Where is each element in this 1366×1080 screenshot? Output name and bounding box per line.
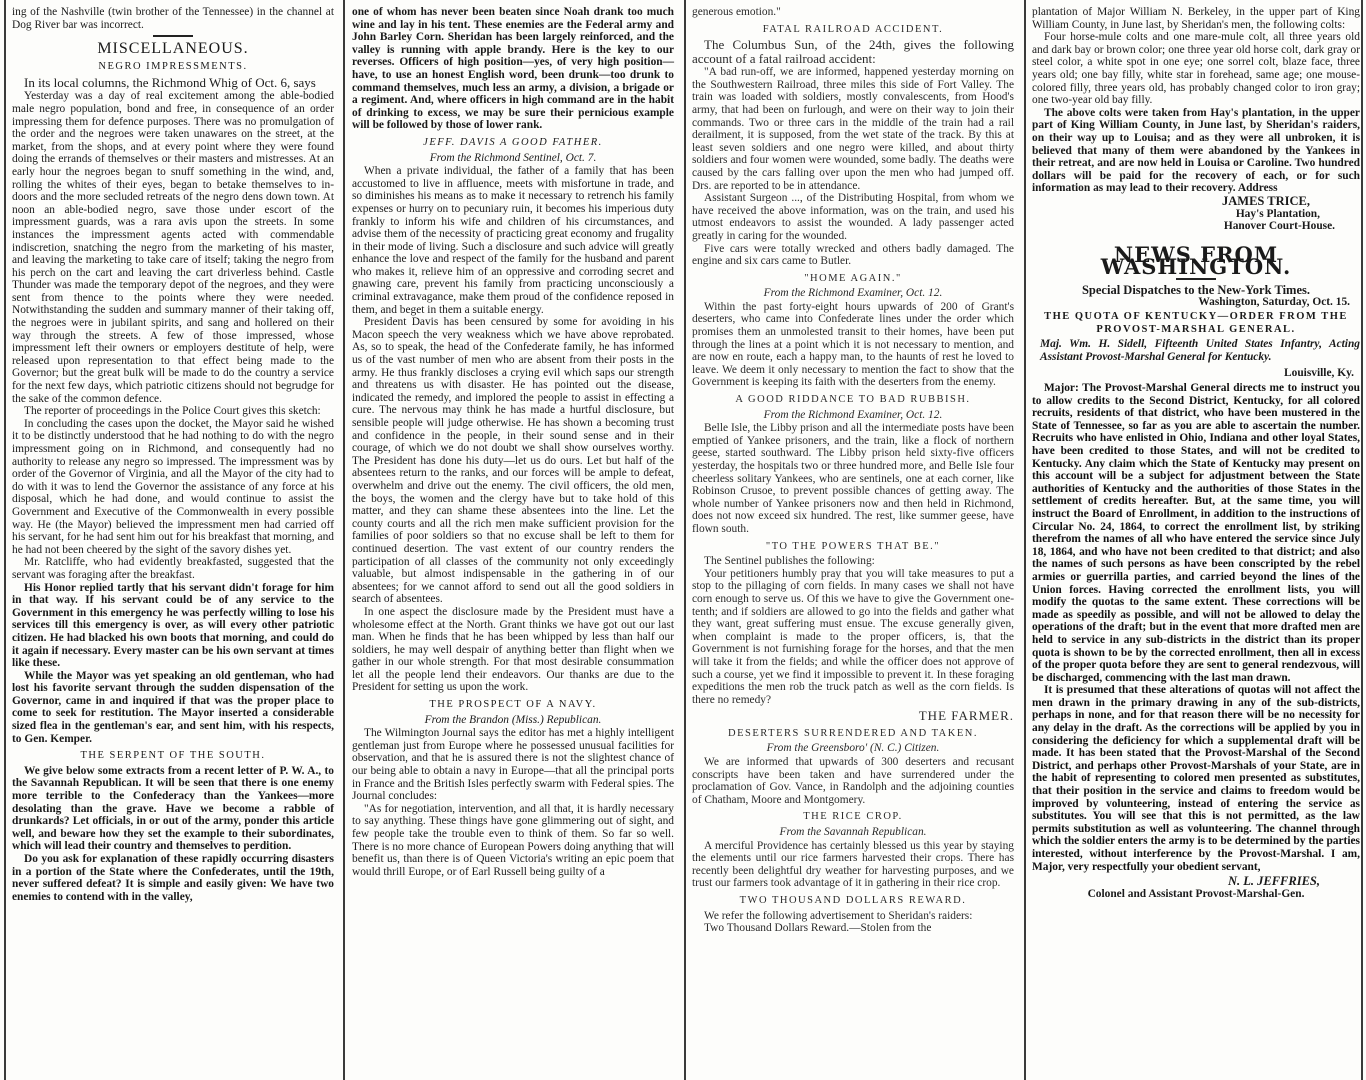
article-source: From the Richmond Examiner, Oct. 12. bbox=[692, 287, 1014, 300]
article-title: TWO THOUSAND DOLLARS REWARD. bbox=[692, 895, 1014, 908]
lead-in-text: ing of the Nashville (twin brother of th… bbox=[12, 6, 334, 31]
article-source: From the Brandon (Miss.) Republican. bbox=[352, 714, 674, 727]
article-paragraph: Five cars were totally wrecked and other… bbox=[692, 243, 1014, 268]
article-title: THE PROSPECT OF A NAVY. bbox=[352, 699, 674, 712]
article-paragraph: "As for negotiation, intervention, and a… bbox=[352, 803, 674, 879]
article-title: "TO THE POWERS THAT BE." bbox=[692, 541, 1014, 554]
article-title: NEGRO IMPRESSMENTS. bbox=[12, 61, 334, 74]
article-paragraph: Four horse-mule colts and one mare-mule … bbox=[1032, 31, 1360, 107]
article-paragraph: The Columbus Sun, of the 24th, gives the… bbox=[692, 38, 1014, 66]
article-paragraph: Do you ask for explanation of these rapi… bbox=[12, 853, 334, 903]
article-paragraph: In one aspect the disclosure made by the… bbox=[352, 606, 674, 694]
article-paragraph: His Honor replied tartly that his servan… bbox=[12, 582, 334, 670]
signature-title: Colonel and Assistant Provost-Marshal-Ge… bbox=[1032, 888, 1360, 901]
article-paragraph: Assistant Surgeon ..., of the Distributi… bbox=[692, 192, 1014, 242]
article-title: JEFF. DAVIS A GOOD FATHER. bbox=[352, 137, 674, 150]
article-paragraph: We give below some extracts from a recen… bbox=[12, 765, 334, 853]
letter-location: Louisville, Ky. bbox=[1032, 367, 1360, 380]
article-source: From the Richmond Sentinel, Oct. 7. bbox=[352, 152, 674, 165]
signature-name: N. L. JEFFRIES, bbox=[1032, 875, 1360, 888]
letter-paragraph: Major: The Provost-Marshal General direc… bbox=[1032, 382, 1360, 684]
article-intro: In its local columns, the Richmond Whig … bbox=[12, 75, 334, 90]
article-paragraph: Belle Isle, the Libby prison and all the… bbox=[692, 422, 1014, 535]
letter-paragraph: It is presumed that these alterations of… bbox=[1032, 684, 1360, 873]
article-paragraph: A merciful Providence has certainly bles… bbox=[692, 840, 1014, 890]
newspaper-page: ing of the Nashville (twin brother of th… bbox=[0, 0, 1366, 1080]
article-title: "HOME AGAIN." bbox=[692, 273, 1014, 286]
letter-addressee: Maj. Wm. H. Sidell, Fifteenth United Sta… bbox=[1032, 338, 1360, 363]
article-source: From the Savannah Republican. bbox=[692, 826, 1014, 839]
article-paragraph: Mr. Ratcliffe, who had evidently breakfa… bbox=[12, 556, 334, 581]
article-title: A GOOD RIDDANCE TO BAD RUBBISH. bbox=[692, 394, 1014, 407]
article-paragraph: We are informed that upwards of 300 dese… bbox=[692, 756, 1014, 806]
article-title: THE SERPENT OF THE SOUTH. bbox=[12, 750, 334, 763]
column-3: generous emotion." FATAL RAILROAD ACCIDE… bbox=[680, 0, 1020, 1080]
article-paragraph: When a private individual, the father of… bbox=[352, 165, 674, 316]
article-paragraph: Two Thousand Dollars Reward.—Stolen from… bbox=[692, 922, 1014, 935]
divider bbox=[153, 35, 193, 37]
article-title: THE RICE CROP. bbox=[692, 811, 1014, 824]
article-paragraph: The above colts were taken from Hay's pl… bbox=[1032, 107, 1360, 195]
ad-signature-place: Hay's Plantation, bbox=[1032, 208, 1360, 221]
subhead: THE QUOTA OF KENTUCKY—ORDER FROM THE PRO… bbox=[1032, 311, 1360, 336]
column-1: ing of the Nashville (twin brother of th… bbox=[0, 0, 340, 1080]
ad-signature-name: JAMES TRICE, bbox=[1032, 195, 1360, 208]
article-paragraph: "A bad run-off, we are informed, happene… bbox=[692, 66, 1014, 192]
continuation-text: generous emotion." bbox=[692, 6, 1014, 19]
ad-signature-location: Hanover Court-House. bbox=[1032, 220, 1360, 233]
article-paragraph: We refer the following advertisement to … bbox=[692, 910, 1014, 923]
news-section-title: NEWS FROM WASHINGTON. bbox=[1032, 249, 1360, 274]
letter-signature: THE FARMER. bbox=[692, 710, 1014, 723]
article-paragraph: The reporter of proceedings in the Polic… bbox=[12, 405, 334, 418]
section-title: MISCELLANEOUS. bbox=[12, 43, 334, 56]
article-paragraph: The Wilmington Journal says the editor h… bbox=[352, 727, 674, 803]
article-title: DESERTERS SURRENDERED AND TAKEN. bbox=[692, 728, 1014, 741]
column-4: plantation of Major William N. Berkeley,… bbox=[1020, 0, 1366, 1080]
article-paragraph: In concluding the cases upon the docket,… bbox=[12, 418, 334, 557]
continuation-text: plantation of Major William N. Berkeley,… bbox=[1032, 6, 1360, 31]
article-title: FATAL RAILROAD ACCIDENT. bbox=[692, 24, 1014, 37]
article-paragraph: Your petitioners humbly pray that you wi… bbox=[692, 568, 1014, 707]
dispatch-heading: Special Dispatches to the New-York Times… bbox=[1032, 284, 1360, 297]
article-paragraph: Yesterday was a day of real excitement a… bbox=[12, 90, 334, 405]
article-source: From the Greensboro' (N. C.) Citizen. bbox=[692, 742, 1014, 755]
article-source: From the Richmond Examiner, Oct. 12. bbox=[692, 409, 1014, 422]
article-paragraph: While the Mayor was yet speaking an old … bbox=[12, 670, 334, 746]
column-2: one of whom has never been beaten since … bbox=[340, 0, 680, 1080]
article-paragraph: President Davis has been censured by som… bbox=[352, 316, 674, 606]
continuation-text: one of whom has never been beaten since … bbox=[352, 6, 674, 132]
article-paragraph: The Sentinel publishes the following: bbox=[692, 555, 1014, 568]
dateline: Washington, Saturday, Oct. 15. bbox=[1032, 296, 1360, 309]
article-paragraph: Within the past forty-eight hours upward… bbox=[692, 301, 1014, 389]
